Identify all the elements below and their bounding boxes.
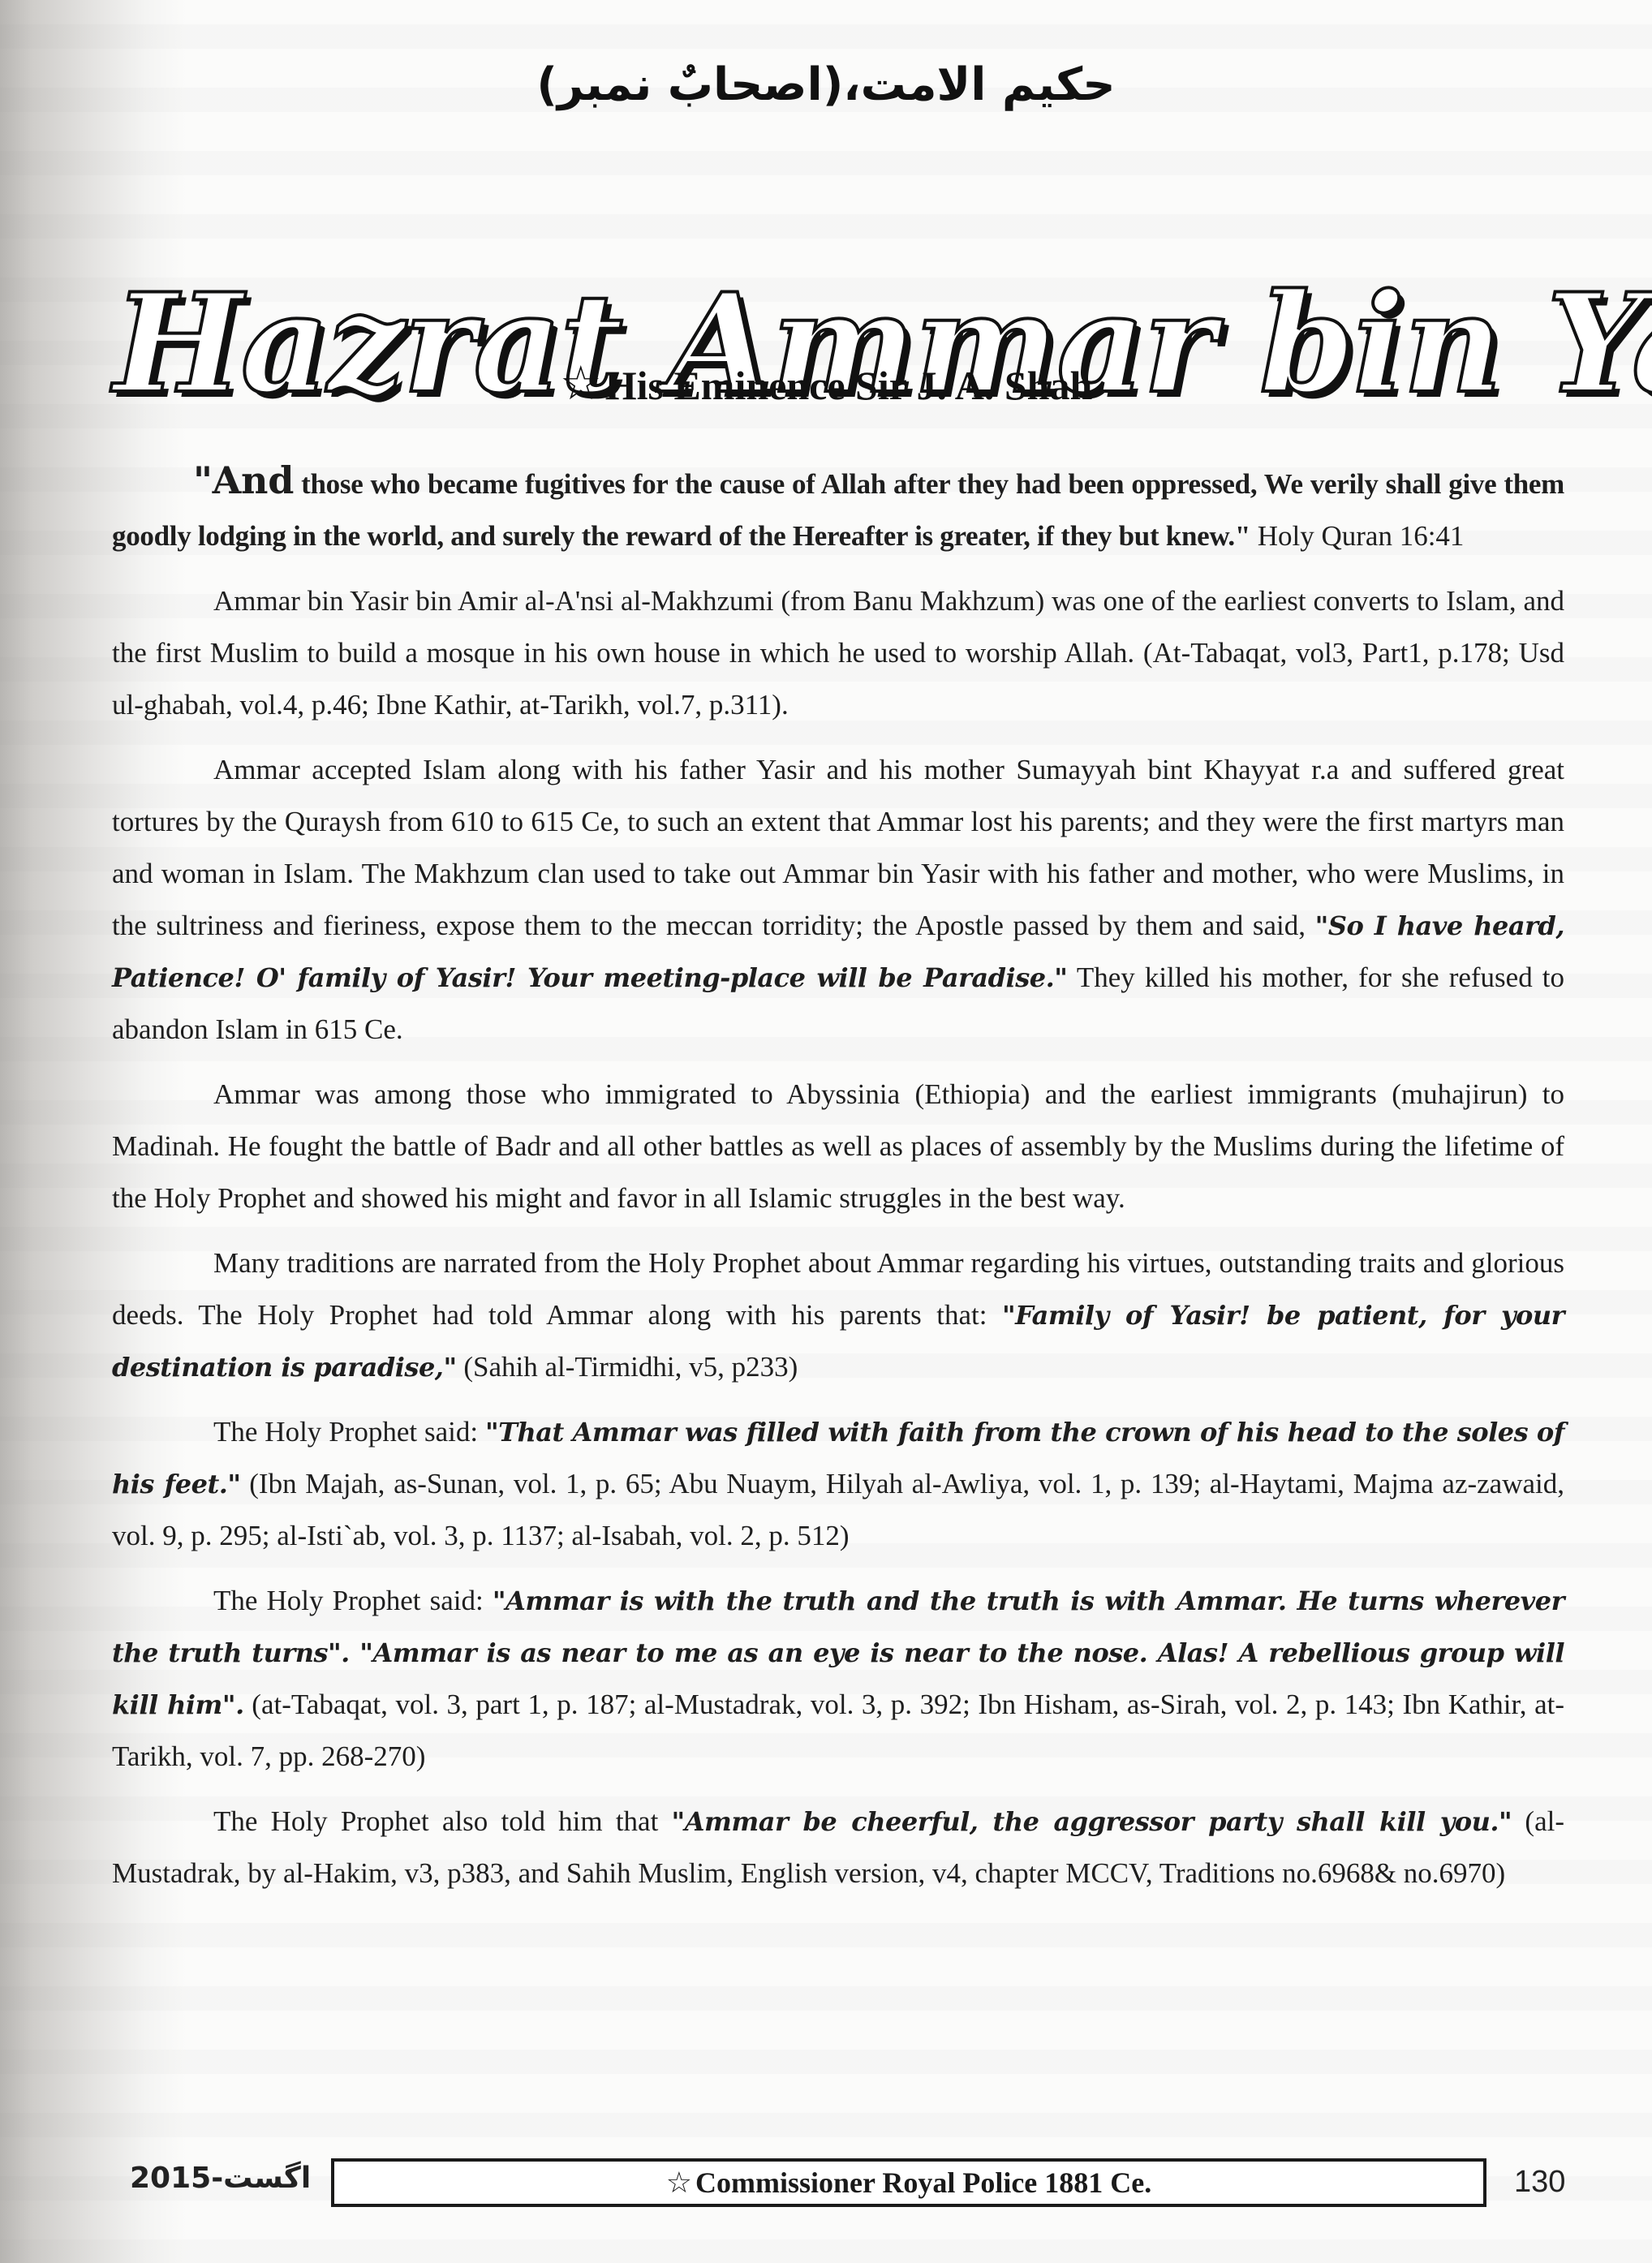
page-footer: 2015-اگست ☆Commissioner Royal Police 188… xyxy=(0,2158,1652,2207)
author-name: His Eminence Sir J. A. Shah xyxy=(605,363,1093,408)
paragraph-text: The Holy Prophet also told him that xyxy=(213,1805,672,1837)
body-paragraph: Many traditions are narrated from the Ho… xyxy=(112,1237,1564,1393)
paragraph-text: (Sahih al-Tirmidhi, v5, p233) xyxy=(457,1351,798,1383)
star-outline-icon: ☆ xyxy=(560,355,602,411)
hadith-quote: "Ammar be cheerful, the aggressor party … xyxy=(672,1806,1512,1837)
body-paragraph: The Holy Prophet said: "That Ammar was f… xyxy=(112,1406,1564,1562)
paragraph-text: Ammar bin Yasir bin Amir al-A'nsi al-Mak… xyxy=(112,585,1564,721)
paragraph-text: The Holy Prophet said: xyxy=(213,1416,485,1448)
star-outline-icon: ☆ xyxy=(666,2166,692,2200)
epigraph-lead-word: "And xyxy=(193,458,294,502)
page-number: 130 xyxy=(1514,2165,1565,2200)
body-paragraph: The Holy Prophet said: "Ammar is with th… xyxy=(112,1575,1564,1783)
body-paragraph: Ammar bin Yasir bin Amir al-A'nsi al-Mak… xyxy=(112,575,1564,731)
paragraph-text: (Ibn Majah, as-Sunan, vol. 1, p. 65; Abu… xyxy=(112,1468,1564,1551)
body-paragraph: Ammar accepted Islam along with his fath… xyxy=(112,744,1564,1056)
body-paragraph: The Holy Prophet also told him that "Amm… xyxy=(112,1796,1564,1899)
paragraph-list: Ammar bin Yasir bin Amir al-A'nsi al-Mak… xyxy=(112,575,1564,1899)
epigraph: "And those who became fugitives for the … xyxy=(112,454,1564,562)
epigraph-reference: Holy Quran 16:41 xyxy=(1250,520,1464,552)
footer-author-title-box: ☆Commissioner Royal Police 1881 Ce. xyxy=(331,2158,1486,2207)
author-byline: ☆His Eminence Sir J. A. Shah xyxy=(0,355,1652,411)
footer-author-title: Commissioner Royal Police 1881 Ce. xyxy=(695,2166,1151,2200)
urdu-series-title: حکیم الامت،(اصحابٌ نمبر) xyxy=(0,58,1652,111)
issue-date: 2015-اگست xyxy=(130,2162,311,2195)
article-body: "And those who became fugitives for the … xyxy=(112,454,1564,1912)
body-paragraph: Ammar was among those who immigrated to … xyxy=(112,1069,1564,1224)
paragraph-text: The Holy Prophet said: xyxy=(213,1585,493,1616)
paragraph-text: (at-Tabaqat, vol. 3, part 1, p. 187; al-… xyxy=(112,1689,1564,1772)
paragraph-text: Ammar was among those who immigrated to … xyxy=(112,1078,1564,1214)
